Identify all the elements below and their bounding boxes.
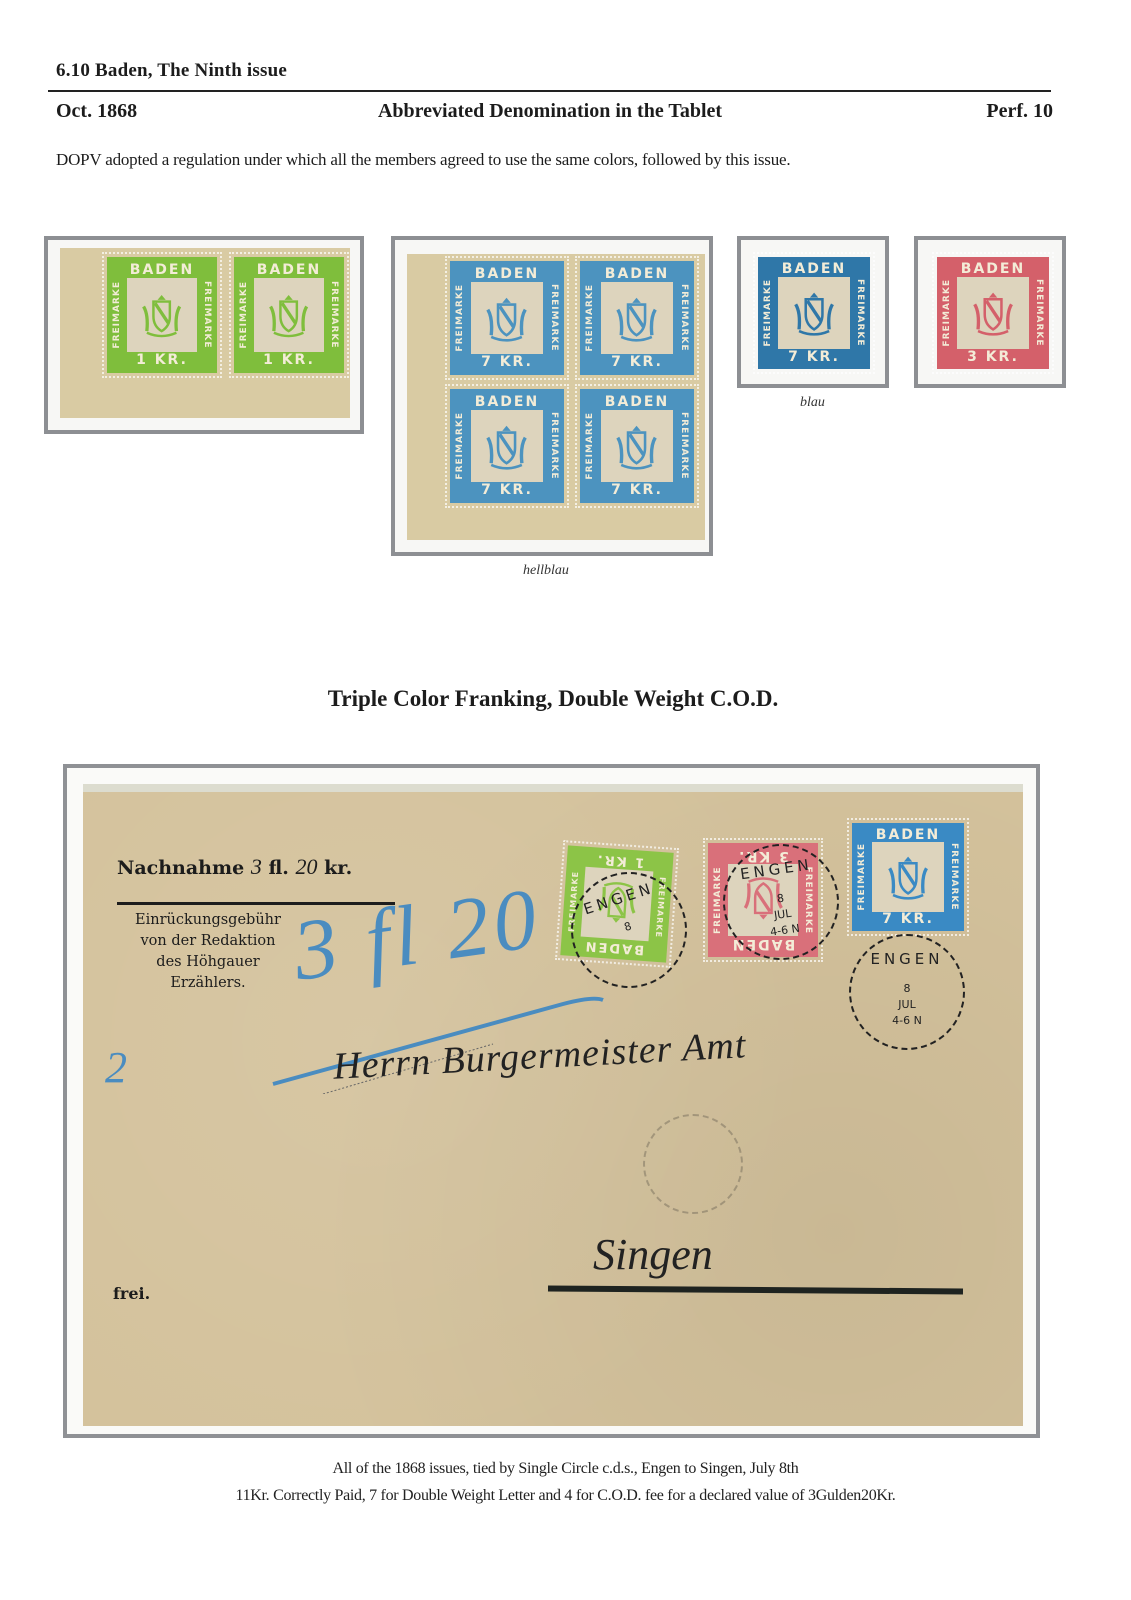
cod-kreuzer-amount: 20 [296,854,318,879]
stamp-denomination: 7 KR. [776,349,852,365]
stamp-side-text: FREIMARKE [854,842,870,911]
stamp-frame: FREIMARKEFREIMARKEBADEN1 KR. [234,257,344,373]
stamp-side-text: FREIMARKE [236,278,251,352]
variety-label-blau: blau [800,395,825,411]
coat-of-arms-icon [778,277,850,349]
printed-frei: frei. [113,1284,150,1303]
stamp-country: BADEN [468,394,546,410]
stamp-side-text: FREIMARKE [946,842,962,911]
fee-note-line: Einrückungsgebühr [113,910,303,931]
stamp-country: BADEN [870,827,946,843]
destination-handwritten: Singen [593,1229,713,1280]
intro-text: DOPV adopted a regulation under which al… [56,150,790,170]
cod-printed-label: Nachnahme [117,857,244,879]
cover-edge [83,784,1023,792]
stamp-side-text: FREIMARKE [1031,277,1047,349]
arrival-postmark-faint [643,1114,743,1214]
blue-crayon-mark: 2 [105,1042,127,1093]
stamp-frame: FREIMARKEFREIMARKEBADEN7 KR. [852,823,964,931]
stamp-denomination: 3 KR. [955,349,1031,365]
stamp-side-text: FREIMARKE [546,282,562,355]
stamp-country: BADEN [598,394,676,410]
stamp-denomination: 7 KR. [870,911,946,927]
stamp-denomination: 1 KR. [252,352,327,368]
coat-of-arms-icon [471,282,544,355]
stamp-frame: FREIMARKEFREIMARKEBADEN7 KR. [758,257,870,369]
coat-of-arms-icon [601,282,674,355]
kreuzer-abbr: kr. [324,857,352,879]
perforation: Perf. 10 [986,100,1053,123]
stamp-denomination: 7 KR. [598,482,676,498]
stamp-frame: FREIMARKEFREIMARKEBADEN7 KR. [580,389,694,503]
stamp-side-text: FREIMARKE [109,278,124,352]
stamp-side-text: FREIMARKE [676,282,692,355]
stamp-3kr-rose: FREIMARKEFREIMARKEBADEN3 KR. [932,252,1054,374]
stamp-side-text: FREIMARKE [199,278,214,352]
destination-underline [548,1286,963,1295]
stamp-frame: FREIMARKEFREIMARKEBADEN3 KR. [937,257,1049,369]
stamp-side-text: FREIMARKE [760,277,776,349]
stamp-frame: FREIMARKEFREIMARKEBADEN1 KR. [107,257,217,373]
stamp-side-text: FREIMARKE [582,410,598,483]
stamp-frame: FREIMARKEFREIMARKEBADEN7 KR. [450,261,564,375]
caption-line-2: 11Kr. Correctly Paid, 7 for Double Weigh… [0,1487,1131,1505]
variety-label-hellblau: hellblau [523,563,569,579]
coat-of-arms-icon [872,842,944,911]
stamp-denomination: 7 KR. [468,354,546,370]
mount-3kr-rose: FREIMARKEFREIMARKEBADEN3 KR. [914,236,1066,388]
stamp-denomination: 7 KR. [598,354,676,370]
stamp-side-text: FREIMARKE [326,278,341,352]
stamp-7kr-light-blue: FREIMARKEFREIMARKEBADEN7 KR. [445,256,569,380]
cover-title: Triple Color Franking, Double Weight C.O… [0,686,1106,712]
stamp-side-text: FREIMARKE [546,410,562,483]
cod-label: Nachnahme 3 fl. 20 kr. [117,854,352,880]
stamp-country: BADEN [125,262,200,278]
coat-of-arms-icon [957,277,1029,349]
stamp-side-text: FREIMARKE [452,410,468,483]
stamp-frame: FREIMARKEFREIMARKEBADEN7 KR. [580,261,694,375]
stamp-side-text: FREIMARKE [452,282,468,355]
section-title: 6.10 Baden, The Ninth issue [56,60,287,82]
stamp-7kr-light-blue: FREIMARKEFREIMARKEBADEN7 KR. [575,384,699,508]
stamp-1kr: FREIMARKEFREIMARKEBADEN1 KR. [229,252,349,378]
coat-of-arms-icon [127,278,197,352]
stamp-7kr-light-blue: FREIMARKEFREIMARKEBADEN7 KR. [445,384,569,508]
cover-mount: Nachnahme 3 fl. 20 kr. Einrückungsgebühr… [63,764,1040,1438]
cod-cover: Nachnahme 3 fl. 20 kr. Einrückungsgebühr… [83,784,1023,1426]
stamp-denomination: 1 KR. [125,352,200,368]
stamp-country: BADEN [252,262,327,278]
stamp-country: BADEN [955,261,1031,277]
stamp-country: BADEN [776,261,852,277]
stamp-side-text: FREIMARKE [852,277,868,349]
stamp-side-text: FREIMARKE [939,277,955,349]
stamp-country: BADEN [598,266,676,282]
coat-of-arms-icon [601,410,674,483]
cover-stamp-7kr: FREIMARKEFREIMARKEBADEN7 KR. [847,818,969,936]
stamp-1kr: FREIMARKEFREIMARKEBADEN1 KR. [102,252,222,378]
mount-1kr-pair: FREIMARKEFREIMARKEBADEN1 KR. FREIMARKEFR… [44,236,364,434]
stamp-7kr-blue: FREIMARKEFREIMARKEBADEN7 KR. [753,252,875,374]
stamp-side-text: FREIMARKE [582,282,598,355]
coat-of-arms-icon [254,278,324,352]
page-subtitle: Abbreviated Denomination in the Tablet [0,100,1100,123]
coat-of-arms-icon [471,410,544,483]
header-rule [48,90,1051,92]
cod-florin-amount: 3 [251,854,262,879]
stamp-7kr-light-blue: FREIMARKEFREIMARKEBADEN7 KR. [575,256,699,380]
stamp-denomination: 7 KR. [468,482,546,498]
mount-7kr-block: FREIMARKEFREIMARKEBADEN7 KR. FREIMARKEFR… [391,236,713,556]
stamp-country: BADEN [468,266,546,282]
mount-7kr-blue: FREIMARKEFREIMARKEBADEN7 KR. [737,236,889,388]
caption-line-1: All of the 1868 issues, tied by Single C… [0,1460,1131,1478]
florin-abbr: fl. [268,857,288,879]
stamp-side-text: FREIMARKE [676,410,692,483]
stamp-frame: FREIMARKEFREIMARKEBADEN7 KR. [450,389,564,503]
postmark-engen: ENGEN 8 JUL 4-6 N [849,934,965,1050]
